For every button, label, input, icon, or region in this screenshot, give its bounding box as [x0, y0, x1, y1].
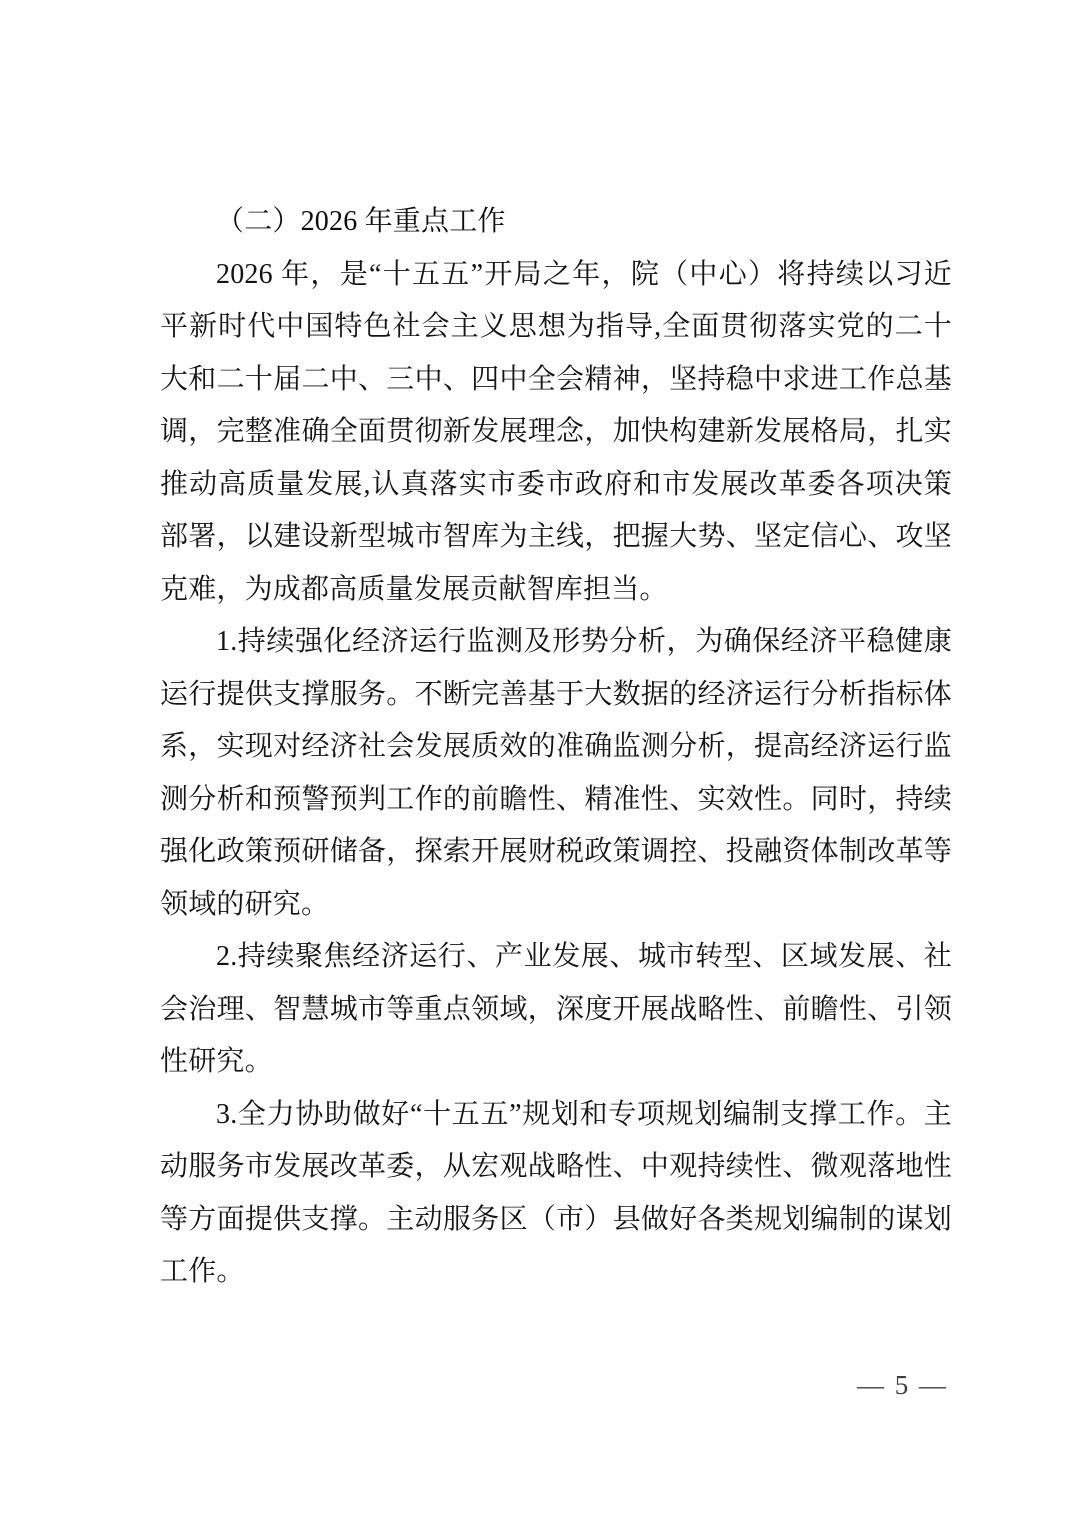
page-number: — 5 —	[857, 1370, 948, 1400]
section-heading: （二）2026 年重点工作	[160, 196, 952, 249]
document-body: （二）2026 年重点工作 2026 年，是“十五五”开局之年，院（中心）将持续…	[160, 196, 952, 1299]
paragraph-overview: 2026 年，是“十五五”开局之年，院（中心）将持续以习近平新时代中国特色社会主…	[160, 249, 952, 617]
paragraph-item-1: 1.持续强化经济运行监测及形势分析，为确保经济平稳健康运行提供支撑服务。不断完善…	[160, 616, 952, 931]
paragraph-item-3: 3.全力协助做好“十五五”规划和专项规划编制支撑工作。主动服务市发展改革委，从宏…	[160, 1089, 952, 1299]
paragraph-item-2: 2.持续聚焦经济运行、产业发展、城市转型、区域发展、社会治理、智慧城市等重点领域…	[160, 931, 952, 1089]
document-page: （二）2026 年重点工作 2026 年，是“十五五”开局之年，院（中心）将持续…	[0, 0, 1080, 1527]
